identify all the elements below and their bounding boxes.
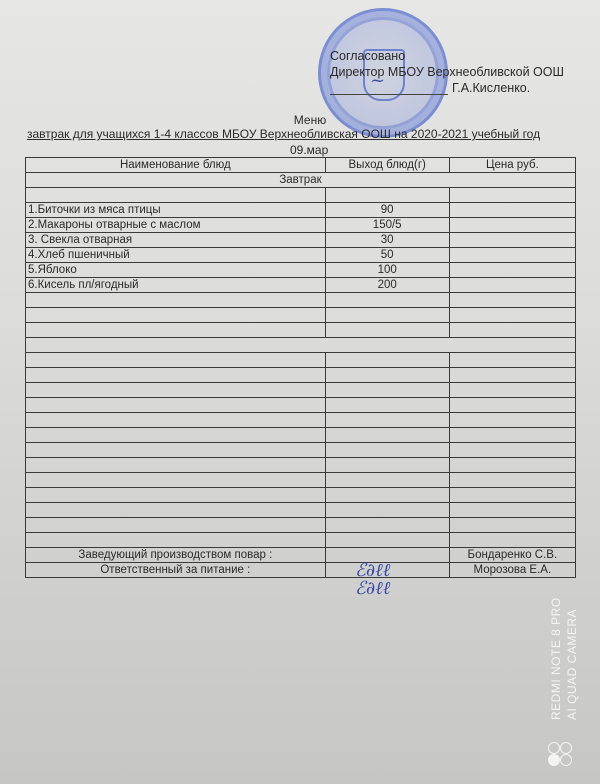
signature-role: Заведующий производством повар :: [26, 548, 326, 563]
column-header-price: Цена руб.: [449, 158, 575, 173]
table-row: [26, 413, 576, 428]
watermark-line1: REDMI NOTE 8 PRO: [548, 597, 564, 720]
column-header-name: Наименование блюд: [26, 158, 326, 173]
empty-cell: [325, 368, 449, 383]
dish-price: [449, 218, 575, 233]
empty-cell: [26, 413, 326, 428]
camera-logo-icon: [548, 728, 574, 768]
empty-cell: [449, 518, 575, 533]
empty-cell: [449, 503, 575, 518]
empty-cell: [26, 488, 326, 503]
watermark-line2: AI QUAD CAMERA: [564, 597, 580, 720]
empty-cell: [325, 413, 449, 428]
empty-cell: [325, 323, 449, 338]
empty-cell: [325, 473, 449, 488]
empty-cell: [449, 428, 575, 443]
menu-title: Меню: [10, 113, 600, 127]
table-row: [26, 473, 576, 488]
empty-cell: [26, 533, 326, 548]
empty-cell: [26, 308, 326, 323]
table-row: [26, 443, 576, 458]
empty-cell: [449, 533, 575, 548]
dish-name: 5.Яблоко: [26, 263, 326, 278]
empty-cell: [26, 338, 576, 353]
table-row: 3. Свекла отварная30: [26, 233, 576, 248]
table-row: 1.Биточки из мяса птицы90: [26, 203, 576, 218]
empty-cell: [449, 413, 575, 428]
empty-cell: [325, 533, 449, 548]
empty-cell: [26, 323, 326, 338]
empty-cell: [449, 473, 575, 488]
empty-cell: [325, 518, 449, 533]
menu-table: Наименование блюд Выход блюд(г) Цена руб…: [25, 157, 576, 578]
empty-cell: [325, 428, 449, 443]
signature-name: Морозова Е.А.: [449, 563, 575, 578]
table-row: 2.Макароны отварные с маслом150/5: [26, 218, 576, 233]
dish-price: [449, 203, 575, 218]
approval-director-name: Г.А.Кисленко.: [452, 80, 530, 96]
empty-cell: [325, 503, 449, 518]
empty-cell: [449, 398, 575, 413]
camera-watermark: REDMI NOTE 8 PRO AI QUAD CAMERA: [548, 597, 580, 720]
empty-cell: [325, 488, 449, 503]
empty-cell: [26, 368, 326, 383]
empty-cell: [26, 398, 326, 413]
signature-row: Ответственный за питание :Морозова Е.А.: [26, 563, 576, 578]
dish-name: 4.Хлеб пшеничный: [26, 248, 326, 263]
section-title: Завтрак: [26, 173, 576, 188]
table-row: [26, 308, 576, 323]
empty-cell: [449, 368, 575, 383]
table-row: 4.Хлеб пшеничный50: [26, 248, 576, 263]
empty-cell: [26, 353, 326, 368]
table-row: [26, 503, 576, 518]
approval-director: Директор МБОУ Верхнеобливской ООШ: [330, 64, 564, 80]
dish-name: 3. Свекла отварная: [26, 233, 326, 248]
menu-date: 09.мар: [290, 143, 328, 157]
empty-cell: [449, 443, 575, 458]
empty-cell: [449, 293, 575, 308]
signature-row: Заведующий производством повар :Бондарен…: [26, 548, 576, 563]
empty-cell: [449, 458, 575, 473]
table-row: 5.Яблоко100: [26, 263, 576, 278]
empty-cell: [26, 443, 326, 458]
table-row: [26, 353, 576, 368]
empty-cell: [325, 293, 449, 308]
empty-cell: [449, 488, 575, 503]
empty-cell: [325, 383, 449, 398]
section-row: Завтрак: [26, 173, 576, 188]
dish-weight: 50: [325, 248, 449, 263]
table-row: [26, 338, 576, 353]
empty-cell: [26, 428, 326, 443]
dish-weight: 150/5: [325, 218, 449, 233]
signature-line: [330, 94, 448, 95]
handwritten-signature: ℰ∂ℓℓ: [355, 578, 390, 599]
table-row: [26, 518, 576, 533]
table-row: [26, 323, 576, 338]
empty-cell: [325, 308, 449, 323]
table-row: 6.Кисель пл/ягодный200: [26, 278, 576, 293]
table-row: [26, 533, 576, 548]
dish-weight: 90: [325, 203, 449, 218]
empty-cell: [449, 353, 575, 368]
director-signature: ~: [370, 70, 385, 91]
empty-cell: [26, 503, 326, 518]
approval-label: Согласовано: [330, 48, 405, 64]
empty-cell: [26, 293, 326, 308]
empty-cell: [325, 353, 449, 368]
empty-cell: [325, 458, 449, 473]
empty-cell: [449, 383, 575, 398]
dish-weight: 200: [325, 278, 449, 293]
empty-cell: [26, 518, 326, 533]
empty-cell: [26, 473, 326, 488]
table-row: [26, 368, 576, 383]
dish-name: 6.Кисель пл/ягодный: [26, 278, 326, 293]
column-header-weight: Выход блюд(г): [325, 158, 449, 173]
table-row: [26, 458, 576, 473]
empty-cell: [449, 323, 575, 338]
empty-cell: [26, 458, 326, 473]
empty-cell: [325, 398, 449, 413]
dish-name: 2.Макароны отварные с маслом: [26, 218, 326, 233]
dish-price: [449, 278, 575, 293]
table-row: [26, 383, 576, 398]
empty-cell: [325, 443, 449, 458]
signature-role: Ответственный за питание :: [26, 563, 326, 578]
dish-weight: 100: [325, 263, 449, 278]
dish-weight: 30: [325, 233, 449, 248]
empty-cell: [26, 383, 326, 398]
table-row: [26, 293, 576, 308]
dish-price: [449, 233, 575, 248]
empty-cell: [449, 308, 575, 323]
table-row: [26, 398, 576, 413]
table-row: [26, 428, 576, 443]
table-header-row: Наименование блюд Выход блюд(г) Цена руб…: [26, 158, 576, 173]
dish-price: [449, 248, 575, 263]
signature-name: Бондаренко С.В.: [449, 548, 575, 563]
approval-block: Согласовано Директор МБОУ Верхнеобливско…: [330, 48, 405, 64]
table-row: [26, 188, 576, 203]
table-row: [26, 488, 576, 503]
menu-subtitle: завтрак для учащихся 1-4 классов МБОУ Ве…: [27, 127, 540, 141]
dish-price: [449, 263, 575, 278]
dish-name: 1.Биточки из мяса птицы: [26, 203, 326, 218]
